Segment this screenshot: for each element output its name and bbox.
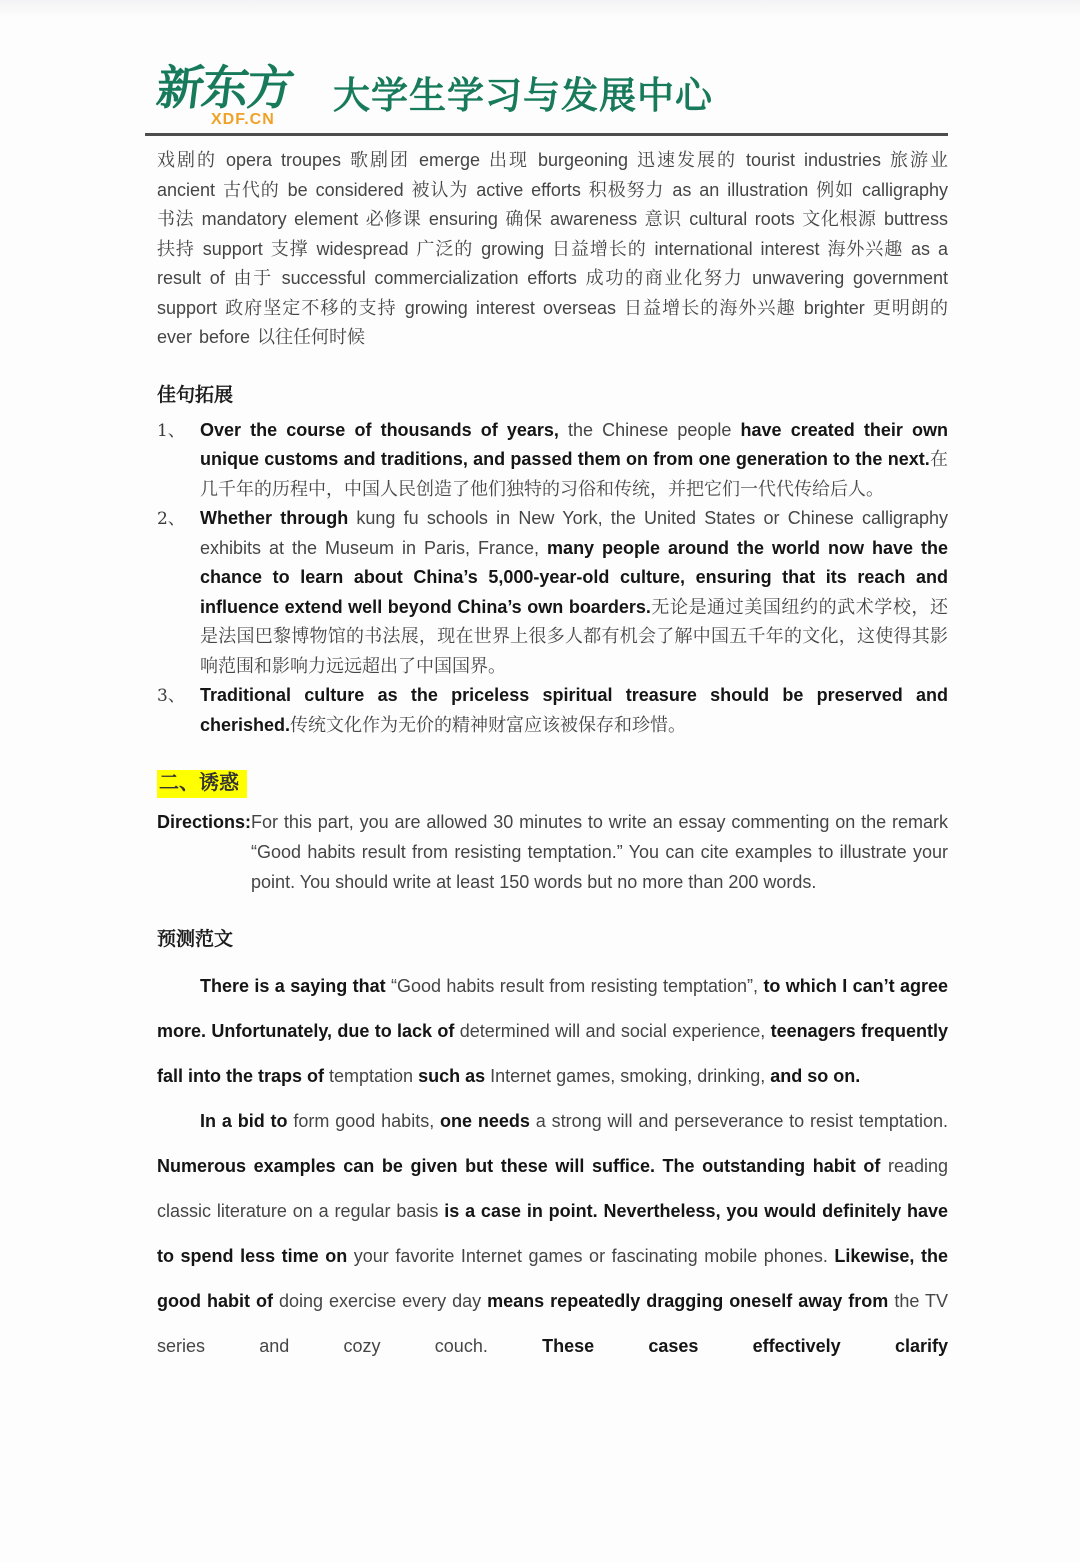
text-run: determined will and social experience, — [460, 1021, 771, 1041]
xdf-logo: 新东方 XDF.CN — [157, 58, 317, 126]
text-run: Numerous examples can be given but these… — [157, 1156, 888, 1176]
item-number: 2、 — [157, 504, 200, 535]
essay-paragraph-1: There is a saying that “Good habits resu… — [157, 964, 948, 1099]
sentence-item-3: 3、 Traditional culture as the priceless … — [157, 681, 948, 740]
text-run: doing exercise every day — [279, 1291, 487, 1311]
text-run: one needs — [440, 1111, 536, 1131]
sentence-list: 1、 Over the course of thousands of years… — [157, 416, 948, 741]
directions-block: Directions: For this part, you are allow… — [157, 807, 948, 897]
essay-paragraph-2: In a bid to form good habits, one needs … — [157, 1099, 948, 1369]
text-run: In a bid to — [200, 1111, 293, 1131]
xdf-logo-brand-text: 新东方 — [153, 58, 295, 118]
section-heading-sample-essay: 预测范文 — [157, 924, 948, 951]
sample-essay: There is a saying that “Good habits resu… — [157, 964, 948, 1369]
text-run: Internet games, smoking, drinking, — [490, 1066, 770, 1086]
text-run: 传统文化作为无价的精神财富应该被保存和珍惜。 — [290, 715, 686, 735]
section-heading-sentence-expansion: 佳句拓展 — [157, 380, 948, 407]
document-page: 新东方 XDF.CN 大学生学习与发展中心 戏剧的 opera troupes … — [0, 0, 1080, 1562]
text-run: and so on. — [770, 1066, 860, 1086]
section-heading-temptation-highlighted: 二、诱惑 — [157, 770, 247, 798]
text-run: the Chinese people — [568, 420, 741, 440]
text-run: form good habits, — [293, 1111, 440, 1131]
text-run: 戏剧的 opera troupes 歌剧团 emerge 出现 burgeoni… — [157, 150, 948, 347]
item-number: 3、 — [157, 681, 200, 712]
text-run: your favorite Internet games or fascinat… — [354, 1246, 835, 1266]
item-text: Whether through kung fu schools in New Y… — [200, 504, 948, 681]
item-text: Traditional culture as the priceless spi… — [200, 681, 948, 740]
item-number: 1、 — [157, 416, 200, 447]
sentence-item-1: 1、 Over the course of thousands of years… — [157, 416, 948, 505]
vocab-paragraph: 戏剧的 opera troupes 歌剧团 emerge 出现 burgeoni… — [157, 146, 948, 353]
sentence-item-2: 2、 Whether through kung fu schools in Ne… — [157, 504, 948, 681]
text-run: means repeatedly dragging oneself away f… — [487, 1291, 894, 1311]
text-run: These cases effectively clarify — [542, 1336, 948, 1356]
header: 新东方 XDF.CN 大学生学习与发展中心 — [157, 0, 948, 126]
text-run: such as — [418, 1066, 490, 1086]
text-run: Whether through — [200, 508, 356, 528]
scan-artifact-band — [0, 0, 1080, 18]
text-run: For this part, you are allowed 30 minute… — [251, 812, 948, 892]
item-text: Over the course of thousands of years, t… — [200, 416, 948, 505]
directions-text: For this part, you are allowed 30 minute… — [251, 807, 948, 897]
text-run: Over the course of thousands of years, — [200, 420, 568, 440]
text-run: temptation — [329, 1066, 418, 1086]
header-divider — [145, 133, 948, 136]
header-title: 大学生学习与发展中心 — [333, 65, 713, 119]
text-run: a strong will and perseverance to resist… — [536, 1111, 948, 1131]
text-run: There is a saying that — [200, 976, 391, 996]
xdf-logo-domain-text: XDF.CN — [211, 111, 275, 129]
directions-label: Directions: — [157, 807, 251, 837]
text-run: “Good habits result from resisting tempt… — [391, 976, 763, 996]
